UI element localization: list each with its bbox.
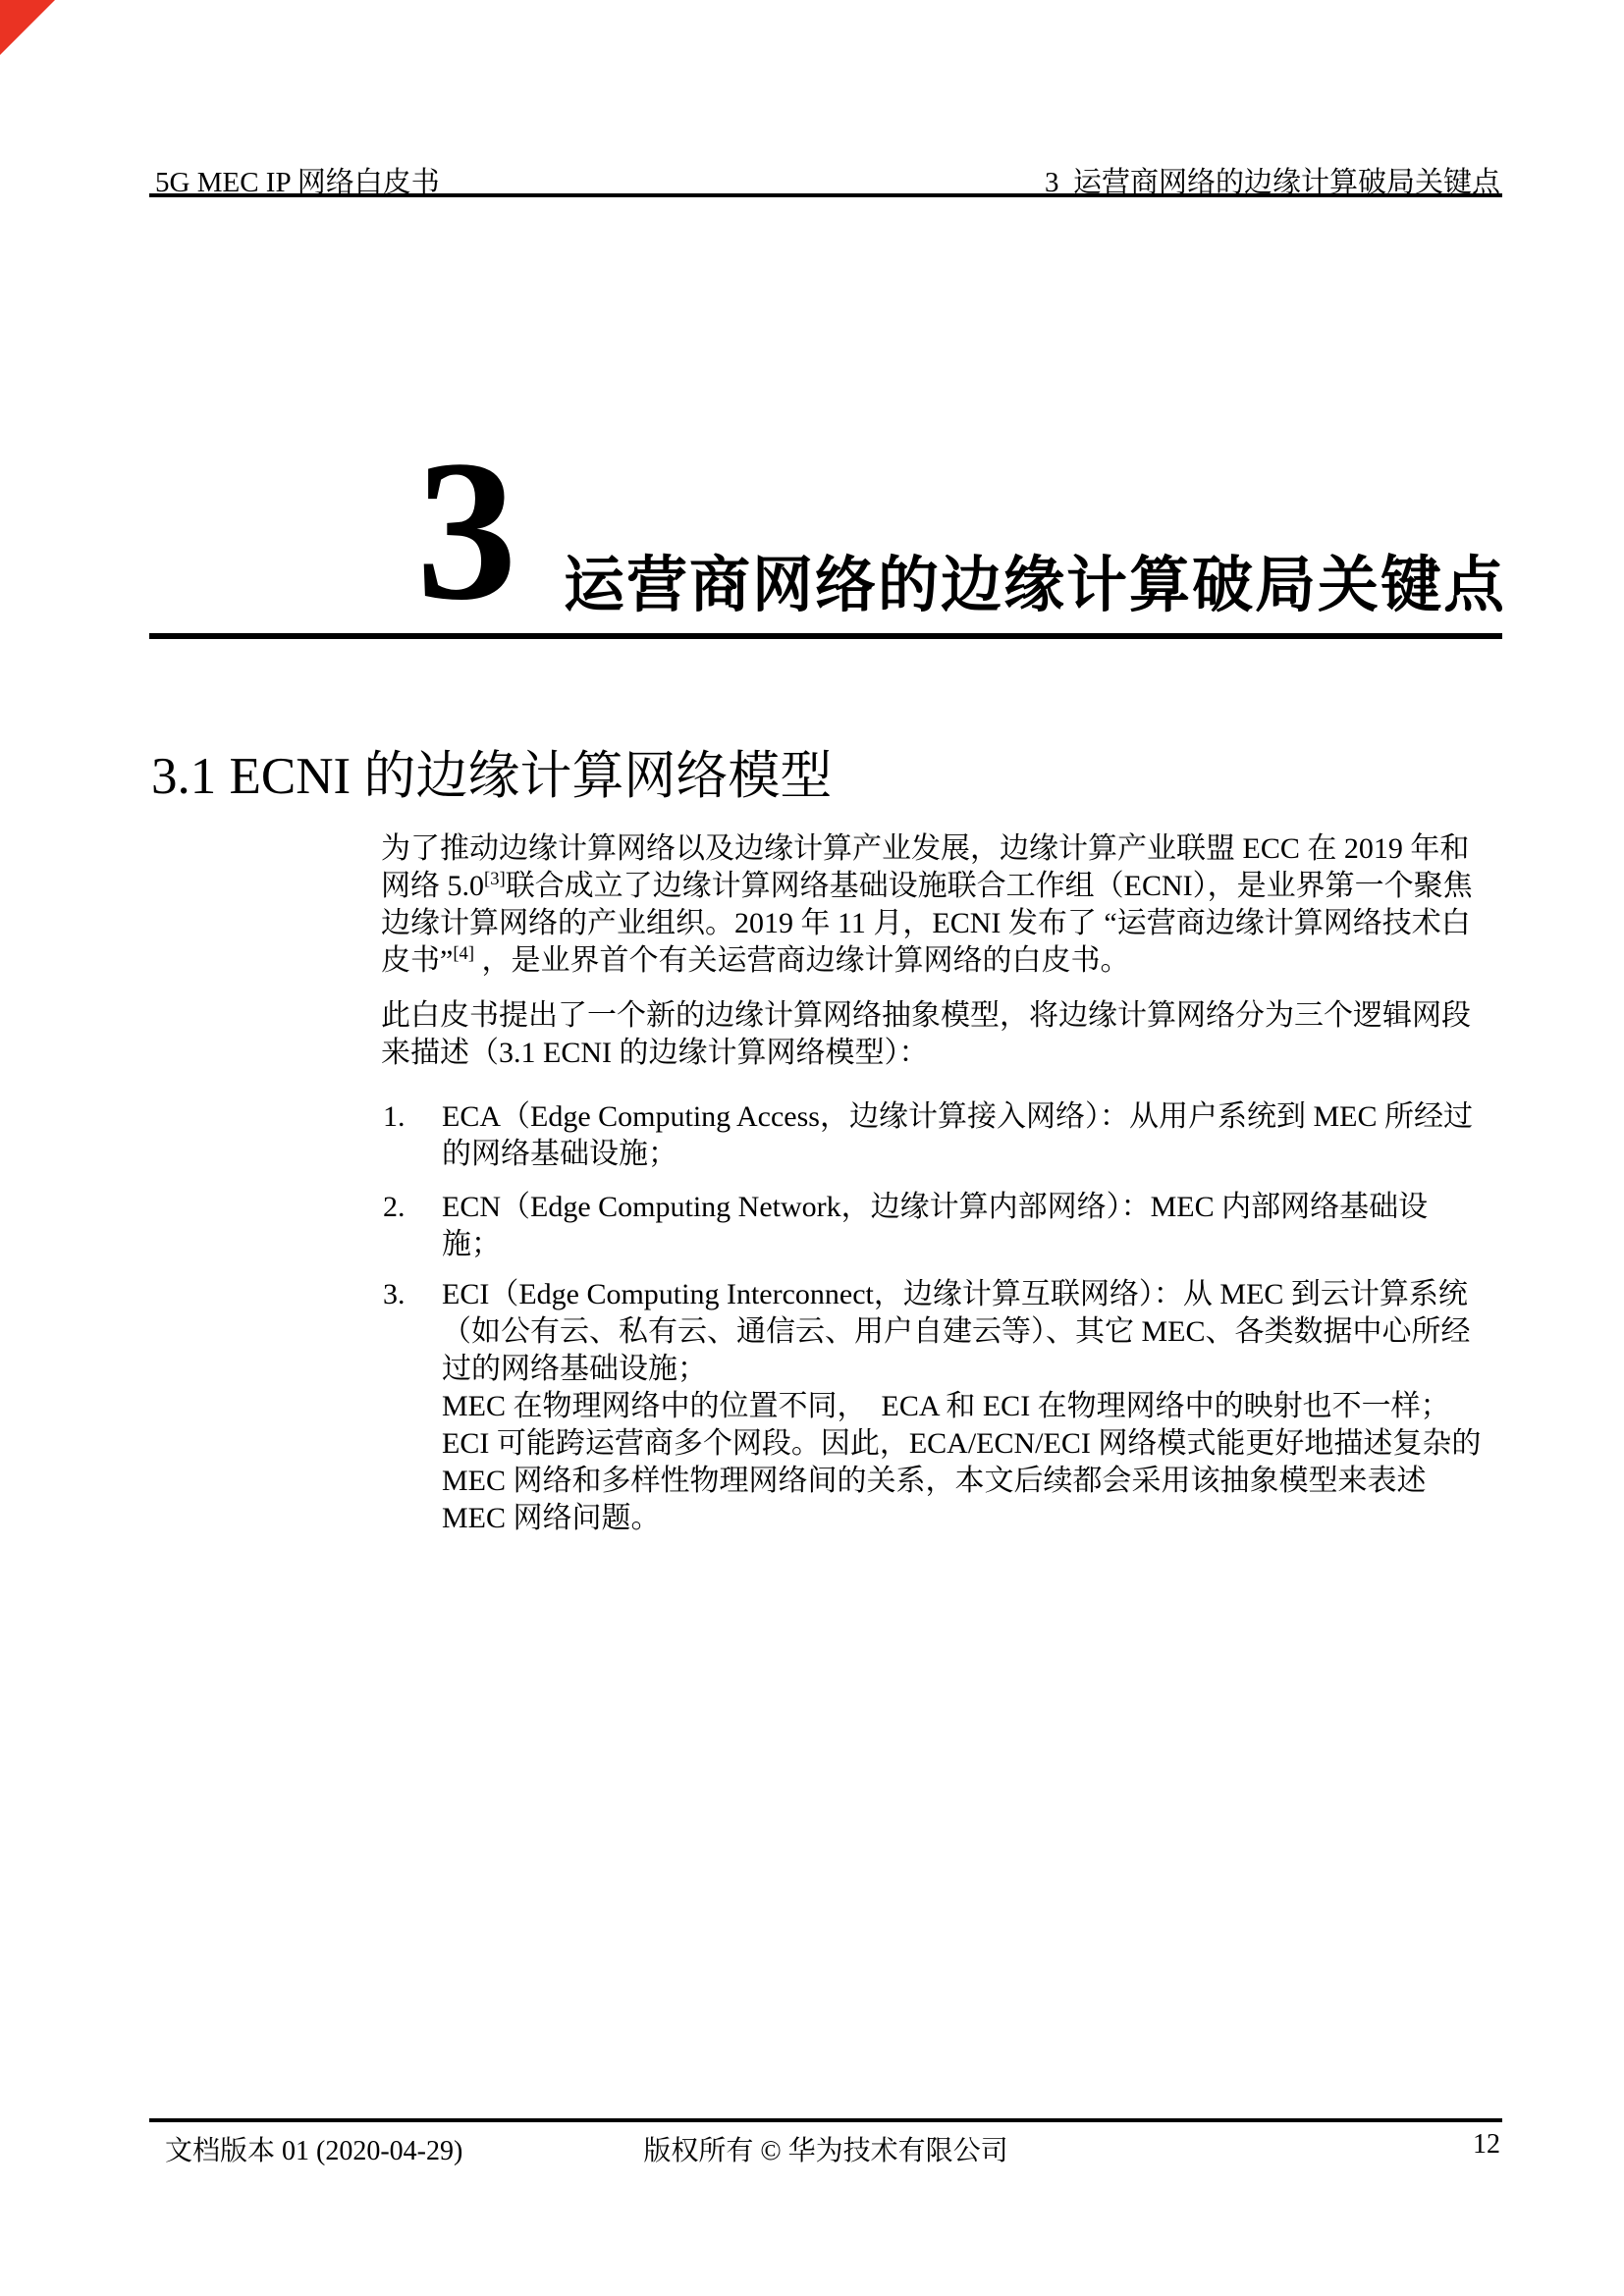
list-item: 1. ECA（Edge Computing Access，边缘计算接入网络）：从… <box>381 1098 1510 1173</box>
paragraph-model: 此白皮书提出了一个新的边缘计算网络抽象模型，将边缘计算网络分为三个逻辑网段来描述… <box>381 997 1510 1072</box>
text-line: MEC 网络和多样性物理网络间的关系，本文后续都会采用该抽象模型来表述 <box>442 1463 1510 1500</box>
chapter-number: 3 <box>416 430 517 631</box>
text-line: ECI 可能跨运营商多个网段。因此，ECA/ECN/ECI 网络模式能更好地描述… <box>442 1425 1510 1463</box>
text-line: 为了推动边缘计算网络以及边缘计算产业发展，边缘计算产业联盟 ECC 在 2019… <box>381 830 1510 868</box>
list-item-text: ECI（Edge Computing Interconnect，边缘计算互联网络… <box>442 1276 1510 1388</box>
text-line: 网络 5.0[3]联合成立了边缘计算网络基础设施联合工作组（ECNI），是业界第… <box>381 868 1510 905</box>
header-rule <box>149 193 1502 197</box>
section-heading: 3.1 ECNI 的边缘计算网络模型 <box>151 746 832 809</box>
text-line: ECI（Edge Computing Interconnect，边缘计算互联网络… <box>442 1276 1510 1313</box>
footer-copyright: 版权所有 © 华为技术有限公司 <box>149 2129 1502 2168</box>
red-corner-marker <box>0 0 55 55</box>
paragraph-closing: MEC 在物理网络中的位置不同， ECA 和 ECI 在物理网络中的映射也不一样… <box>442 1388 1510 1537</box>
list-item-text: ECA（Edge Computing Access，边缘计算接入网络）：从用户系… <box>442 1098 1510 1173</box>
list-item: 3. ECI（Edge Computing Interconnect，边缘计算互… <box>381 1276 1510 1388</box>
footer-page-number: 12 <box>1473 2129 1500 2161</box>
text-line: ECN（Edge Computing Network，边缘计算内部网络）：MEC… <box>442 1189 1510 1226</box>
paragraph-intro: 为了推动边缘计算网络以及边缘计算产业发展，边缘计算产业联盟 ECC 在 2019… <box>381 830 1510 980</box>
chapter-title: 运营商网络的边缘计算破局关键点 <box>564 556 1506 616</box>
text-line: MEC 在物理网络中的位置不同， ECA 和 ECI 在物理网络中的映射也不一样… <box>442 1388 1510 1425</box>
text-line: 边缘计算网络的产业组织。2019 年 11 月，ECNI 发布了 “运营商边缘计… <box>381 905 1510 942</box>
text-line: 此白皮书提出了一个新的边缘计算网络抽象模型，将边缘计算网络分为三个逻辑网段 <box>381 997 1510 1035</box>
text-line: 皮书”[4] ，是业界首个有关运营商边缘计算网络的白皮书。 <box>381 942 1510 980</box>
text-line: 的网络基础设施； <box>442 1136 1510 1173</box>
text-line: ECA（Edge Computing Access，边缘计算接入网络）：从用户系… <box>442 1098 1510 1136</box>
list-item-number: 3. <box>383 1276 406 1313</box>
text-line: 施； <box>442 1226 1510 1263</box>
chapter-rule <box>149 633 1502 639</box>
list-item-number: 1. <box>383 1098 406 1136</box>
text-line: （如公有云、私有云、通信云、用户自建云等）、其它 MEC、各类数据中心所经 <box>442 1313 1510 1351</box>
document-page: 5G MEC IP 网络白皮书 3 运营商网络的边缘计算破局关键点 3 运营商网… <box>0 0 1624 2296</box>
text-line: MEC 网络问题。 <box>442 1500 1510 1537</box>
list-item: 2. ECN（Edge Computing Network，边缘计算内部网络）：… <box>381 1189 1510 1263</box>
list-item-text: ECN（Edge Computing Network，边缘计算内部网络）：MEC… <box>442 1189 1510 1263</box>
footer-rule <box>149 2118 1502 2122</box>
text-line: 来描述（3.1 ECNI 的边缘计算网络模型）： <box>381 1035 1510 1072</box>
text-line: 过的网络基础设施； <box>442 1351 1510 1388</box>
list-item-number: 2. <box>383 1189 406 1226</box>
